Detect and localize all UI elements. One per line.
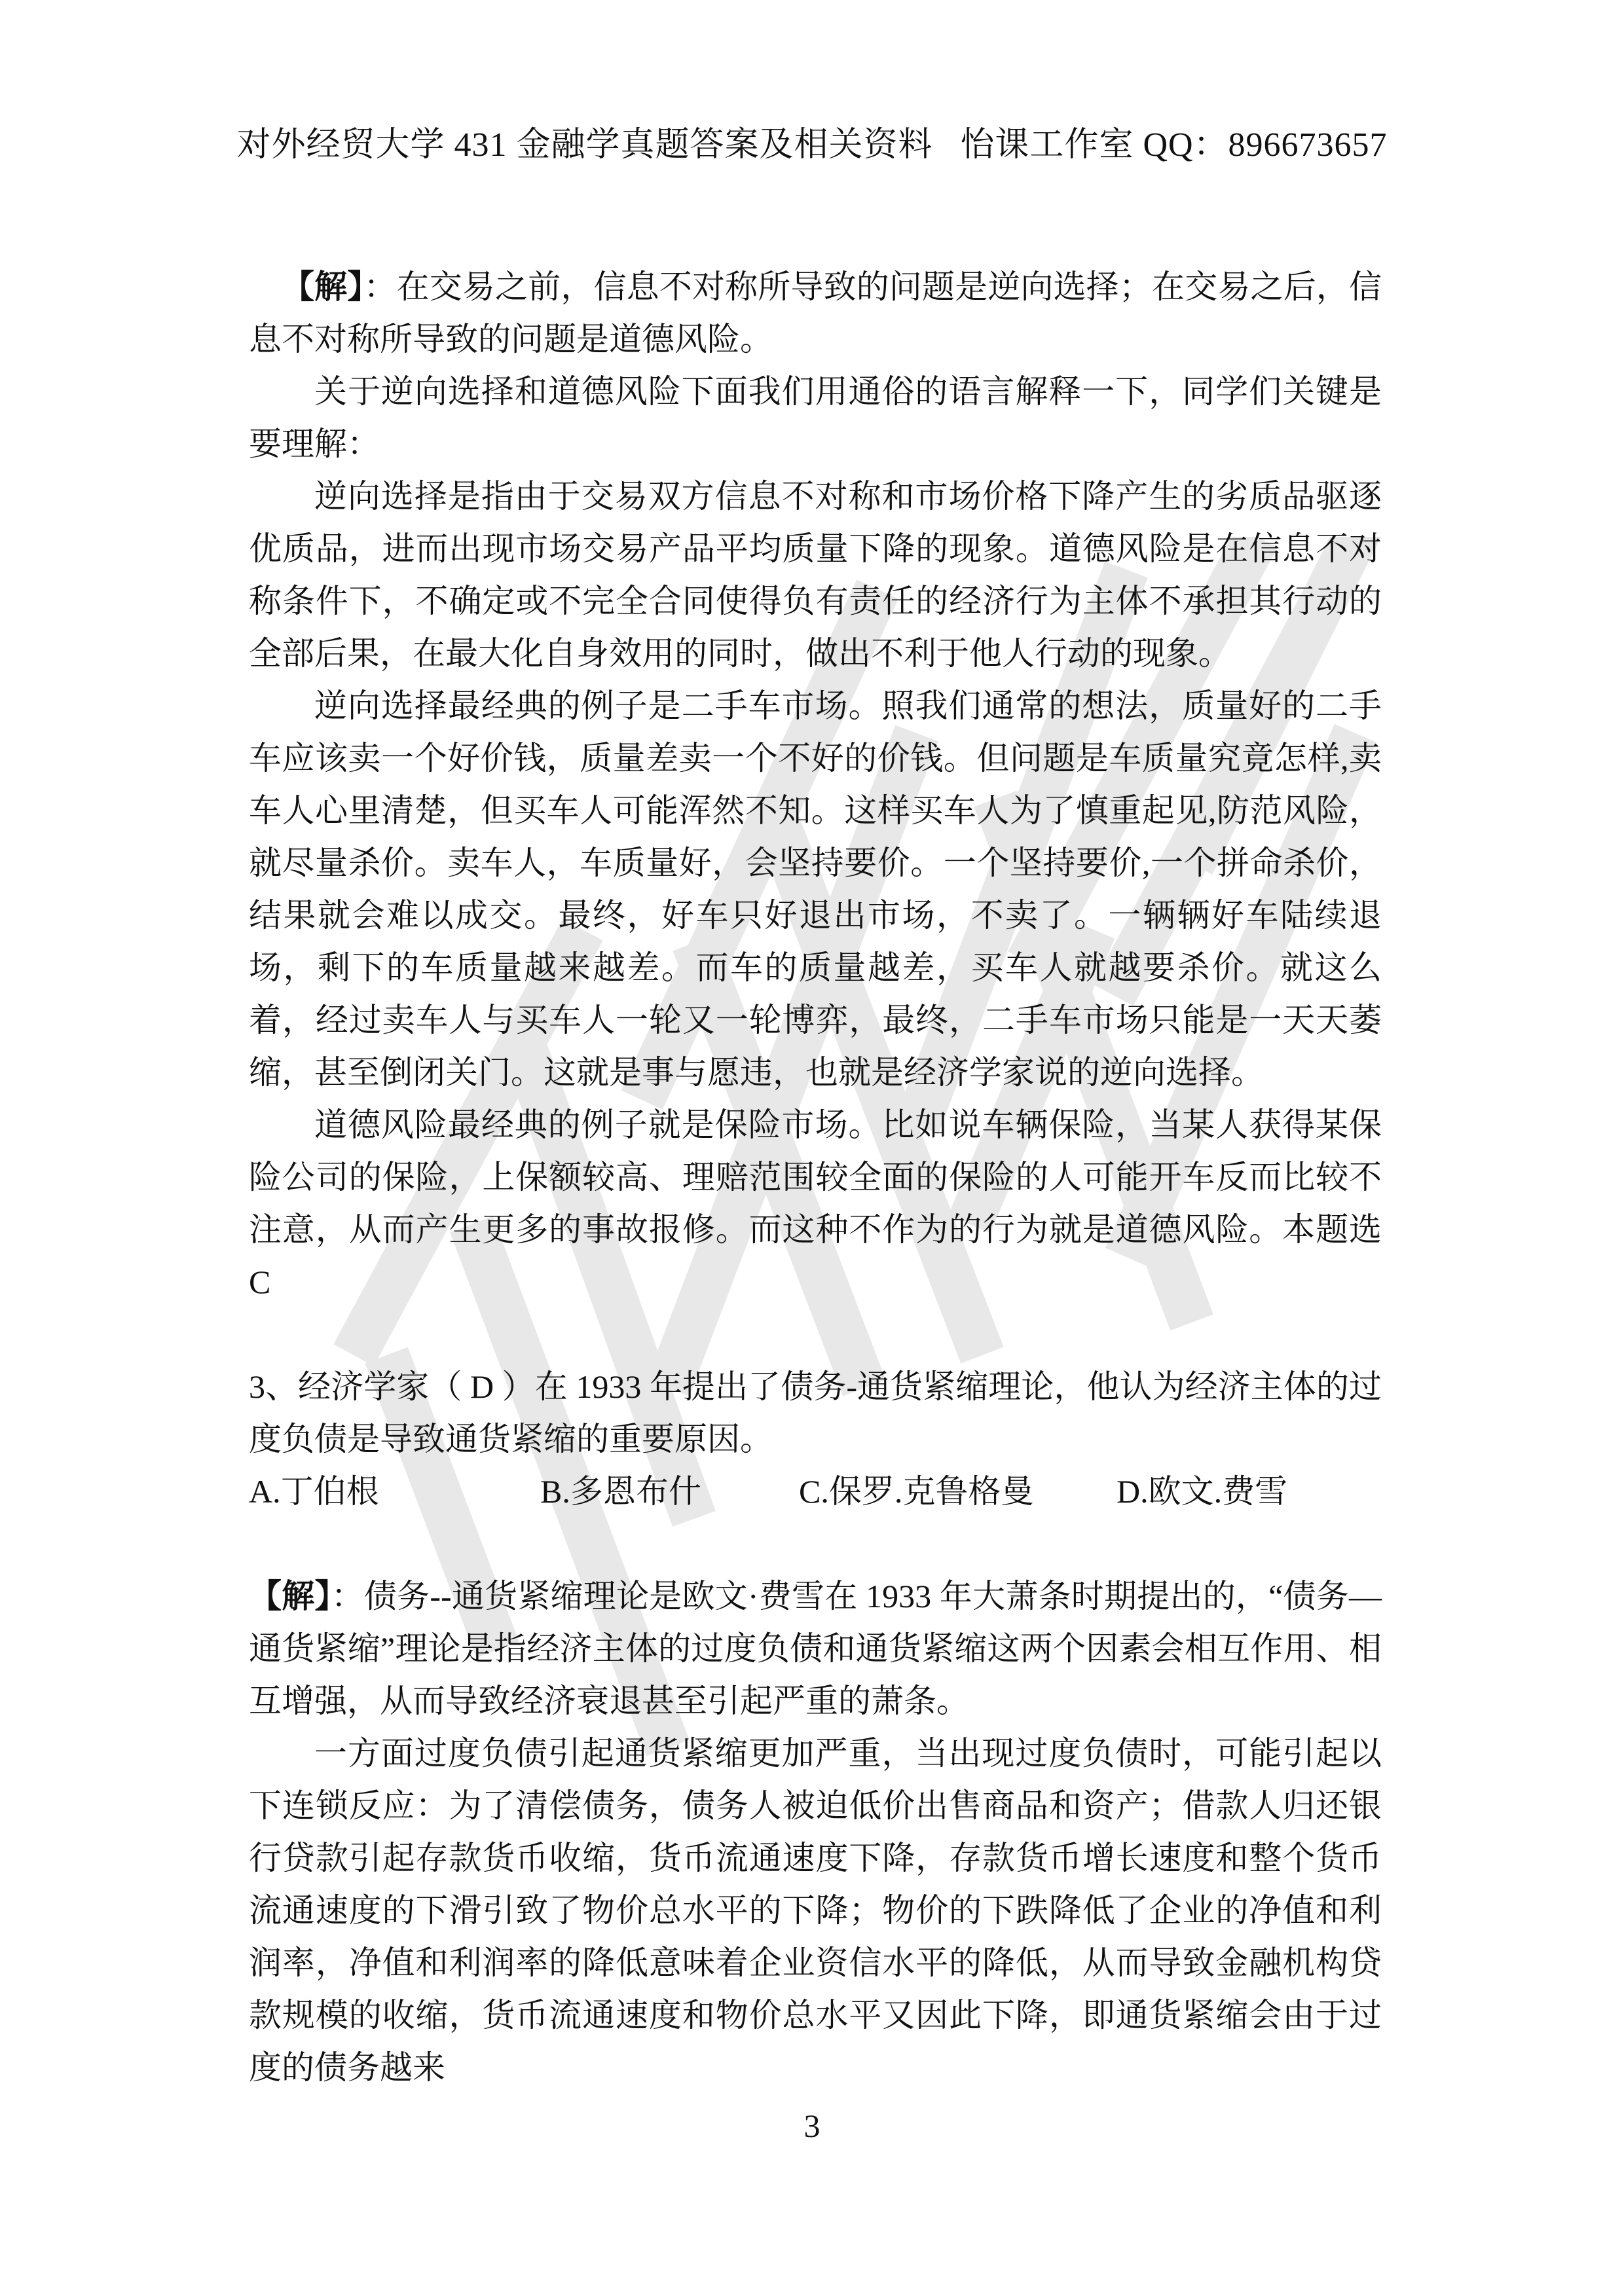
question-3-options: A.丁伯根 B.多恩布什 C.保罗.克鲁格曼 D.欧文.费雪 [249, 1465, 1382, 1518]
q3-solution-intro: 【解】：债务--通货紧缩理论是欧文·费雪在 1933 年大萧条时期提出的，“债务… [249, 1570, 1382, 1727]
header-studio-contact: 怡课工作室 QQ：896673657 [960, 126, 1387, 164]
q3-solution: 【解】：债务--通货紧缩理论是欧文·费雪在 1933 年大萧条时期提出的，“债务… [249, 1570, 1382, 2094]
q2-paragraph-explain: 关于逆向选择和道德风险下面我们用通俗的语言解释一下，同学们关键是要理解： [249, 365, 1382, 470]
option-b: B.多恩布什 [540, 1465, 799, 1518]
q2-solution: 【解】：在交易之前，信息不对称所导致的问题是逆向选择；在交易之后，信息不对称所导… [249, 261, 1382, 1308]
option-c: C.保罗.克鲁格曼 [799, 1465, 1116, 1518]
q2-paragraph-insurance-example: 道德风险最经典的例子就是保险市场。比如说车辆保险，当某人获得某保险公司的保险，上… [249, 1099, 1382, 1308]
q3-solution-text: ：债务--通货紧缩理论是欧文·费雪在 1933 年大萧条时期提出的，“债务—通货… [249, 1578, 1382, 1719]
solution-label: 【解】 [249, 1578, 331, 1614]
page-number: 3 [0, 2107, 1624, 2145]
section-gap [249, 1308, 1382, 1360]
header-title: 对外经贸大学 431 金融学真题答案及相关资料 [236, 126, 932, 164]
page-header: 对外经贸大学 431 金融学真题答案及相关资料 怡课工作室 QQ：8966736… [0, 117, 1624, 166]
document-body: 【解】：在交易之前，信息不对称所导致的问题是逆向选择；在交易之后，信息不对称所导… [249, 261, 1382, 2094]
q2-solution-intro: 【解】：在交易之前，信息不对称所导致的问题是逆向选择；在交易之后，信息不对称所导… [249, 261, 1382, 365]
q3-paragraph-chain-reaction: 一方面过度负债引起通货紧缩更加严重，当出现过度负债时，可能引起以下连锁反应：为了… [249, 1727, 1382, 2094]
question-3-stem: 3、经济学家（ D ）在 1933 年提出了债务-通货紧缩理论，他认为经济主体的… [249, 1360, 1382, 1465]
solution-label: 【解】 [282, 268, 363, 305]
q2-paragraph-definitions: 逆向选择是指由于交易双方信息不对称和市场价格下降产生的劣质品驱逐优质品，进而出现… [249, 470, 1382, 680]
question-3: 3、经济学家（ D ）在 1933 年提出了债务-通货紧缩理论，他认为经济主体的… [249, 1360, 1382, 1518]
header-spacer [932, 126, 960, 164]
q2-paragraph-used-car-example: 逆向选择最经典的例子是二手车市场。照我们通常的想法，质量好的二手车应该卖一个好价… [249, 680, 1382, 1099]
option-d: D.欧文.费雪 [1116, 1465, 1287, 1518]
option-a: A.丁伯根 [249, 1465, 540, 1518]
section-gap [249, 1518, 1382, 1570]
q2-solution-text: ：在交易之前，信息不对称所导致的问题是逆向选择；在交易之后，信息不对称所导致的问… [249, 268, 1382, 357]
